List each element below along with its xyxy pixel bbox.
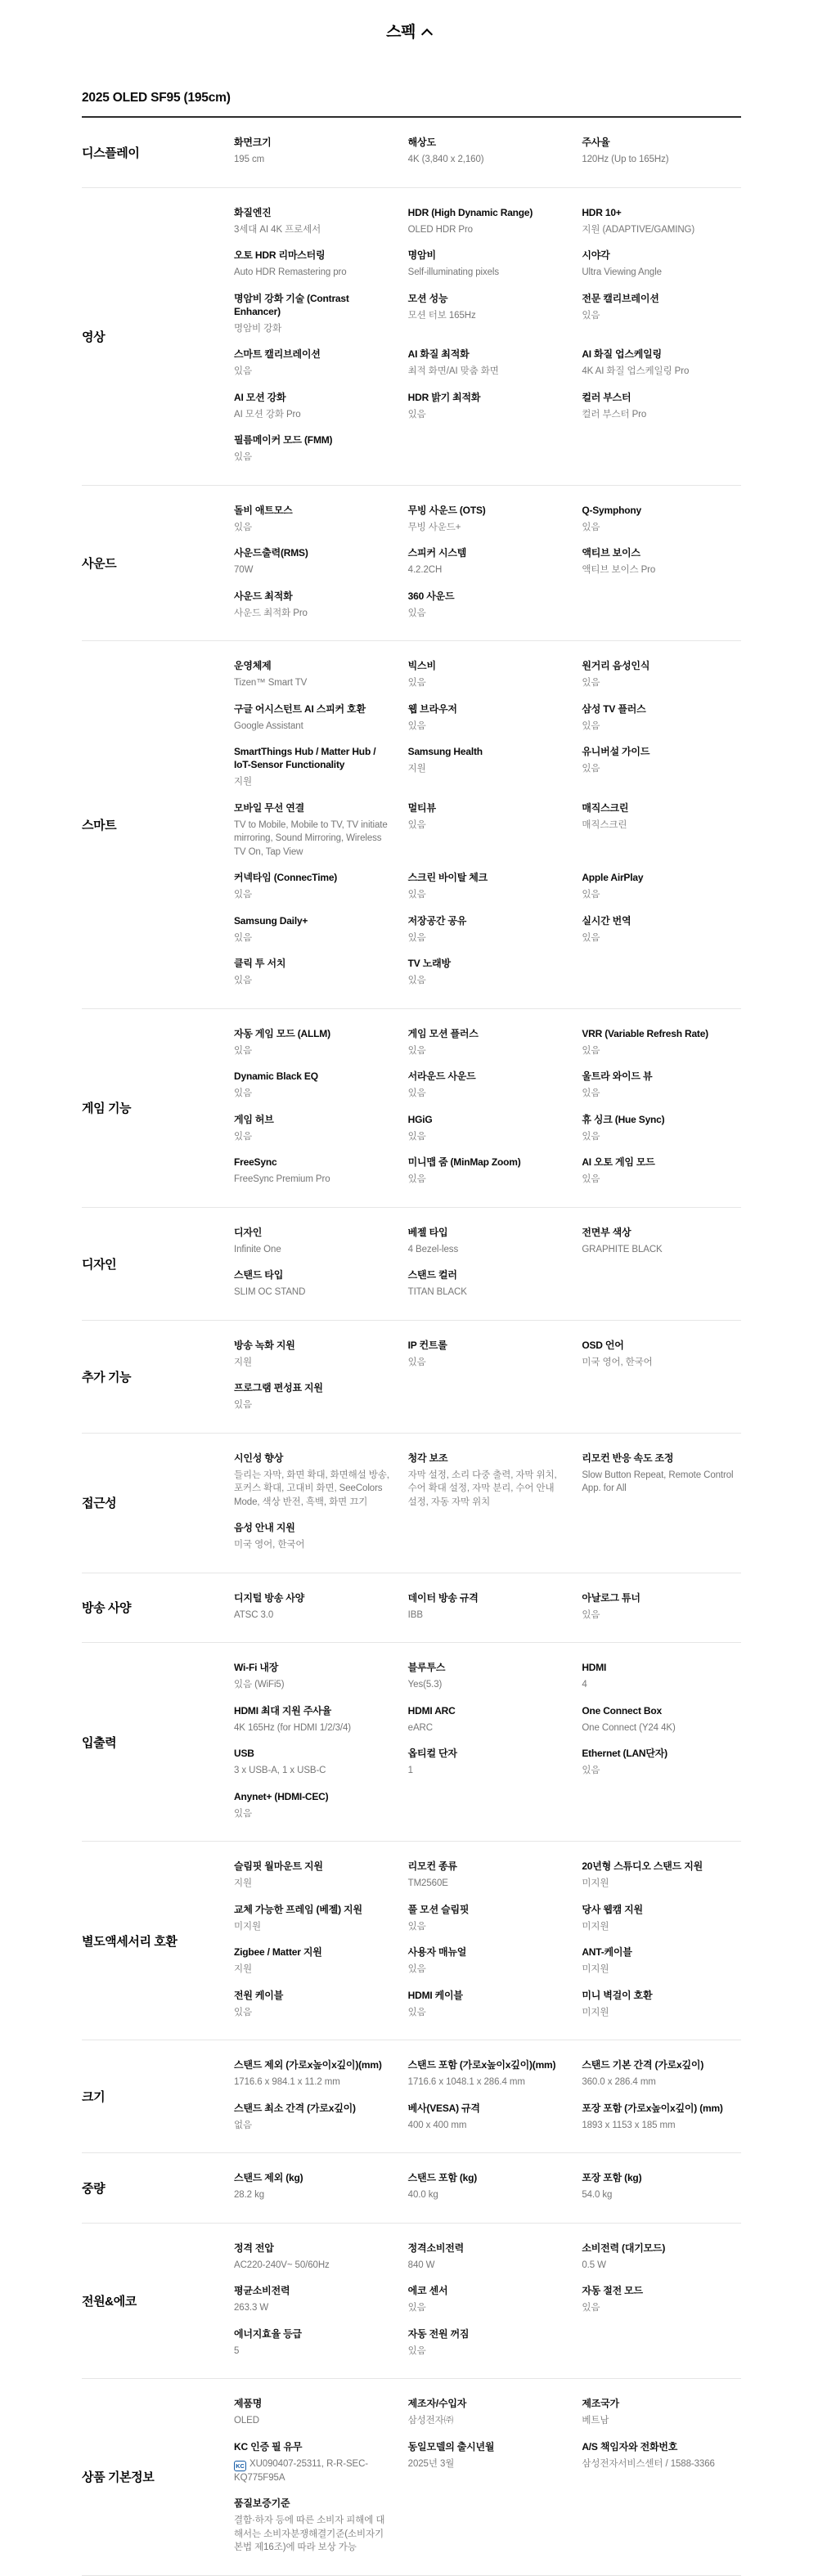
spec-value: 지원 — [408, 762, 564, 776]
spec-cell: 평균소비전력263.3 W — [234, 2284, 393, 2315]
spec-cell: 주사율120Hz (Up to 165Hz) — [582, 136, 741, 167]
spec-value: 있음 — [582, 762, 738, 776]
spec-value: 있음 — [408, 1087, 564, 1101]
spec-label: 디지털 방송 사양 — [234, 1591, 390, 1604]
spec-value: 있음 — [234, 521, 390, 535]
spec-label: 음성 안내 지원 — [234, 1521, 390, 1534]
spec-title: 스펙 — [386, 20, 416, 42]
spec-cell: 방송 녹화 지원지원 — [234, 1339, 393, 1370]
spec-label: 운영체제 — [234, 659, 390, 672]
spec-cell: IP 컨트롤있음 — [408, 1339, 568, 1370]
spec-value: 28.2 kg — [234, 2188, 390, 2202]
spec-value: 있음 — [234, 931, 390, 945]
spec-value: 있음 — [234, 2006, 390, 2020]
spec-section: 방송 사양디지털 방송 사양ATSC 3.0데이터 방송 규격IBB아날로그 튜… — [82, 1573, 741, 1643]
spec-cell: 서라운드 사운드있음 — [408, 1070, 568, 1101]
spec-cell: 클릭 투 서치있음 — [234, 957, 393, 988]
spec-value: 1 — [408, 1764, 564, 1778]
section-label: 추가 기능 — [82, 1368, 234, 1395]
spec-cell: 소비전력 (대기모드)0.5 W — [582, 2242, 741, 2273]
spec-cell: HDMI ARCeARC — [408, 1704, 568, 1735]
spec-cell: 제조국가베트남 — [582, 2397, 741, 2428]
spec-section: 디스플레이화면크기195 cm해상도4K (3,840 x 2,160)주사율1… — [82, 118, 741, 187]
spec-cell: Dynamic Black EQ있음 — [234, 1070, 393, 1101]
spec-label: 스마트 캘리브레이션 — [234, 348, 390, 361]
spec-label: One Connect Box — [582, 1704, 738, 1717]
spec-label: 스탠드 제외 (가로x높이x깊이)(mm) — [234, 2058, 390, 2071]
spec-value: 4K 165Hz (for HDMI 1/2/3/4) — [234, 1721, 390, 1735]
spec-cell: ANT-케이블미지원 — [582, 1945, 741, 1977]
spec-cell: TV 노래방있음 — [408, 957, 568, 988]
spec-label: 정격 전압 — [234, 2242, 390, 2255]
spec-label: 휴 싱크 (Hue Sync) — [582, 1113, 738, 1126]
spec-value: 있음 — [582, 720, 738, 734]
spec-cell: 데이터 방송 규격IBB — [408, 1591, 568, 1622]
section-spec-grid: 제품명OLED제조자/수입자삼성전자㈜제조국가베트남KC 인증 필 유무KCXU… — [234, 2397, 741, 2567]
spec-cell: 당사 웹캠 지원미지원 — [582, 1903, 741, 1934]
spec-cell: VRR (Variable Refresh Rate)있음 — [582, 1027, 741, 1058]
spec-value: 있음 — [408, 1130, 564, 1144]
spec-label: FreeSync — [234, 1156, 390, 1169]
spec-value: 있음 — [234, 451, 390, 464]
spec-value: 삼성전자서비스센터 / 1588-3366 — [582, 2457, 738, 2471]
section-label: 게임 기능 — [82, 1099, 234, 1126]
spec-cell: 유니버설 가이드있음 — [582, 745, 741, 789]
spec-cell: 블루투스Yes(5.3) — [408, 1661, 568, 1692]
spec-cell: FreeSyncFreeSync Premium Pro — [234, 1156, 393, 1187]
spec-label: 모션 성능 — [408, 292, 564, 305]
spec-cell: 사용자 매뉴얼있음 — [408, 1945, 568, 1977]
spec-value: 있음 — [408, 931, 564, 945]
spec-value: 있음 — [408, 1044, 564, 1058]
spec-accordion-header: 스펙 — [0, 0, 818, 42]
spec-cell: SmartThings Hub / Matter Hub / IoT-Senso… — [234, 745, 393, 789]
spec-cell: 20년형 스튜디오 스탠드 지원미지원 — [582, 1860, 741, 1891]
spec-value: Google Assistant — [234, 720, 390, 734]
spec-label: 필름메이커 모드 (FMM) — [234, 433, 390, 447]
spec-label: 풀 모션 슬림핏 — [408, 1903, 564, 1916]
spec-cell: 스탠드 제외 (kg)28.2 kg — [234, 2171, 393, 2202]
section-label: 중량 — [82, 2179, 234, 2206]
spec-value: 모션 터보 165Hz — [408, 309, 564, 323]
spec-cell: HDMI 케이블있음 — [408, 1989, 568, 2020]
spec-label: 프로그램 편성표 지원 — [234, 1381, 390, 1394]
spec-cell: 컬러 부스터컬러 부스터 Pro — [582, 391, 741, 422]
section-spec-grid: 화질엔진3세대 AI 4K 프로세서HDR (High Dynamic Rang… — [234, 206, 741, 477]
spec-value: 4 Bezel-less — [408, 1243, 564, 1257]
spec-cell: 스탠드 제외 (가로x높이x깊이)(mm)1716.6 x 984.1 x 11… — [234, 2058, 393, 2089]
spec-value: 40.0 kg — [408, 2188, 564, 2202]
spec-cell: 모바일 무선 연결TV to Mobile, Mobile to TV, TV … — [234, 801, 393, 859]
spec-label: 데이터 방송 규격 — [408, 1591, 564, 1604]
spec-cell: 에코 센서있음 — [408, 2284, 568, 2315]
spec-value: 미지원 — [582, 2006, 738, 2020]
spec-cell: AI 모션 강화AI 모션 강화 Pro — [234, 391, 393, 422]
spec-label: 당사 웹캠 지원 — [582, 1903, 738, 1916]
spec-value: Slow Button Repeat, Remote Control App. … — [582, 1469, 738, 1496]
spec-cell: 화질엔진3세대 AI 4K 프로세서 — [234, 206, 393, 237]
spec-value: 0.5 W — [582, 2259, 738, 2273]
section-spec-grid: 디지털 방송 사양ATSC 3.0데이터 방송 규격IBB아날로그 튜너있음 — [234, 1591, 741, 1635]
spec-section: 중량스탠드 제외 (kg)28.2 kg스탠드 포함 (kg)40.0 kg포장… — [82, 2152, 741, 2223]
spec-label: AI 모션 강화 — [234, 391, 390, 404]
spec-value: 있음 — [582, 676, 738, 690]
spec-label: 모바일 무선 연결 — [234, 801, 390, 815]
spec-value: 있음 — [234, 365, 390, 379]
spec-label: 사운드출력(RMS) — [234, 546, 390, 559]
spec-value: OLED — [234, 2414, 390, 2428]
spec-cell: 모션 성능모션 터보 165Hz — [408, 292, 568, 336]
spec-value: 있음 — [582, 1173, 738, 1187]
spec-cell: 스탠드 포함 (가로x높이x깊이)(mm)1716.6 x 1048.1 x 2… — [408, 2058, 568, 2089]
spec-label: 자동 절전 모드 — [582, 2284, 738, 2297]
spec-value: 있음 — [408, 888, 564, 902]
spec-table: 디스플레이화면크기195 cm해상도4K (3,840 x 2,160)주사율1… — [82, 116, 741, 2576]
spec-label: AI 화질 업스케일링 — [582, 348, 738, 361]
spec-cell: 스피커 시스템4.2.2CH — [408, 546, 568, 577]
spec-value: 지원 — [234, 775, 390, 789]
spec-cell: HDMI4 — [582, 1661, 741, 1692]
spec-label: 게임 모션 플러스 — [408, 1027, 564, 1040]
spec-label: Samsung Health — [408, 745, 564, 758]
spec-value: 있음 — [234, 1130, 390, 1144]
spec-section: 접근성시인성 향상들리는 자막, 화면 확대, 화면해설 방송, 포커스 확대,… — [82, 1433, 741, 1573]
spec-cell: 전원 케이블있음 — [234, 1989, 393, 2020]
spec-cell: 정격소비전력840 W — [408, 2242, 568, 2273]
spec-label: 전문 캘리브레이션 — [582, 292, 738, 305]
spec-label: 슬림핏 월마운트 지원 — [234, 1860, 390, 1873]
spec-label: 동일모델의 출시년월 — [408, 2440, 564, 2453]
spec-value: 있음 — [408, 607, 564, 621]
spec-label: 돌비 애트모스 — [234, 504, 390, 517]
spec-label: HGiG — [408, 1113, 564, 1126]
spec-value: 4 — [582, 1678, 738, 1692]
spec-label: 저장공간 공유 — [408, 914, 564, 927]
spec-value: IBB — [408, 1609, 564, 1622]
section-label: 영상 — [82, 328, 234, 355]
spec-value: Tizen™ Smart TV — [234, 676, 390, 690]
spec-value: 840 W — [408, 2259, 564, 2273]
spec-cell: 울트라 와이드 뷰있음 — [582, 1070, 741, 1101]
spec-cell: 미니 벽걸이 호환미지원 — [582, 1989, 741, 2020]
spec-value: 있음 — [582, 309, 738, 323]
spec-label: Dynamic Black EQ — [234, 1070, 390, 1083]
spec-cell: 음성 안내 지원미국 영어, 한국어 — [234, 1521, 393, 1552]
spec-cell: 저장공간 공유있음 — [408, 914, 568, 945]
spec-label: 명암비 — [408, 249, 564, 262]
spec-value: 있음 — [582, 888, 738, 902]
spec-label: Ethernet (LAN단자) — [582, 1747, 738, 1760]
spec-label: Apple AirPlay — [582, 871, 738, 884]
spec-value: 있음 — [234, 1044, 390, 1058]
spec-cell: 옵티컬 단자1 — [408, 1747, 568, 1778]
spec-value: ATSC 3.0 — [234, 1609, 390, 1622]
spec-label: AI 오토 게임 모드 — [582, 1156, 738, 1169]
spec-cell: 교체 가능한 프레임 (베젤) 지원미지원 — [234, 1903, 393, 1934]
spec-label: 평균소비전력 — [234, 2284, 390, 2297]
spec-cell: 필름메이커 모드 (FMM)있음 — [234, 433, 393, 464]
spec-cell: A/S 책임자와 전화번호삼성전자서비스센터 / 1588-3366 — [582, 2440, 741, 2485]
spec-label: 해상도 — [408, 136, 564, 149]
spec-label: 컬러 부스터 — [582, 391, 738, 404]
spec-value: 삼성전자㈜ — [408, 2414, 564, 2428]
spec-label: 스크린 바이탈 체크 — [408, 871, 564, 884]
spec-value: 있음 — [408, 408, 564, 422]
spec-value: TITAN BLACK — [408, 1286, 564, 1299]
spec-label: 미니 벽걸이 호환 — [582, 1989, 738, 2002]
spec-value: 자막 설정, 소리 다중 출력, 자막 위치, 수어 확대 설정, 자막 분리,… — [408, 1469, 564, 1510]
spec-value: 사운드 최적화 Pro — [234, 607, 390, 621]
spec-cell: 자동 절전 모드있음 — [582, 2284, 741, 2315]
spec-cell: Ethernet (LAN단자)있음 — [582, 1747, 741, 1778]
spec-label: 울트라 와이드 뷰 — [582, 1070, 738, 1083]
spec-section: 게임 기능자동 게임 모드 (ALLM)있음게임 모션 플러스있음VRR (Va… — [82, 1008, 741, 1207]
spec-value: 4.2.2CH — [408, 563, 564, 577]
spec-value: Ultra Viewing Angle — [582, 266, 738, 280]
spec-value: 컬러 부스터 Pro — [582, 408, 738, 422]
spec-value: 미국 영어, 한국어 — [234, 1538, 390, 1552]
spec-cell: 아날로그 튜너있음 — [582, 1591, 741, 1622]
spec-cell: AI 오토 게임 모드있음 — [582, 1156, 741, 1187]
spec-label: 청각 보조 — [408, 1452, 564, 1465]
spec-cell: USB3 x USB-A, 1 x USB-C — [234, 1747, 393, 1778]
section-spec-grid: 디자인Infinite One베젤 타입4 Bezel-less전면부 색상GR… — [234, 1226, 741, 1312]
spec-cell: 정격 전압AC220-240V~ 50/60Hz — [234, 2242, 393, 2273]
spec-label: 포장 포함 (kg) — [582, 2171, 738, 2184]
section-label: 크기 — [82, 2088, 234, 2115]
spec-label: 정격소비전력 — [408, 2242, 564, 2255]
spec-value: 54.0 kg — [582, 2188, 738, 2202]
spec-cell: AI 화질 업스케일링4K AI 화질 업스케일링 Pro — [582, 348, 741, 379]
spec-label: 소비전력 (대기모드) — [582, 2242, 738, 2255]
spec-cell: 자동 게임 모드 (ALLM)있음 — [234, 1027, 393, 1058]
spec-value: 있음 — [408, 2301, 564, 2315]
spec-value: 70W — [234, 563, 390, 577]
spec-section: 사운드돌비 애트모스있음무빙 사운드 (OTS)무빙 사운드+Q-Symphon… — [82, 485, 741, 641]
spec-label: 스탠드 최소 간격 (가로x깊이) — [234, 2102, 390, 2115]
spec-label: 화면크기 — [234, 136, 390, 149]
section-spec-grid: 돌비 애트모스있음무빙 사운드 (OTS)무빙 사운드+Q-Symphony있음… — [234, 504, 741, 633]
spec-cell: 스크린 바이탈 체크있음 — [408, 871, 568, 902]
spec-label: AI 화질 최적화 — [408, 348, 564, 361]
spec-cell: 360 사운드있음 — [408, 590, 568, 621]
spec-section: 크기스탠드 제외 (가로x높이x깊이)(mm)1716.6 x 984.1 x … — [82, 2040, 741, 2152]
spec-label: 품질보증기준 — [234, 2497, 390, 2510]
spec-label: 유니버설 가이드 — [582, 745, 738, 758]
spec-cell: 리모컨 종류TM2560E — [408, 1860, 568, 1891]
spec-label: Wi-Fi 내장 — [234, 1661, 390, 1674]
spec-value: 있음 — [582, 1609, 738, 1622]
spec-value: 있음 — [582, 931, 738, 945]
spec-label: 리모컨 반응 속도 조정 — [582, 1452, 738, 1465]
spec-label: 자동 전원 꺼짐 — [408, 2327, 564, 2340]
spec-value: 있음 — [408, 819, 564, 832]
spec-section: 상품 기본정보제품명OLED제조자/수입자삼성전자㈜제조국가베트남KC 인증 필… — [82, 2378, 741, 2575]
spec-value: 195 cm — [234, 153, 390, 167]
spec-cell: 무빙 사운드 (OTS)무빙 사운드+ — [408, 504, 568, 535]
spec-label: TV 노래방 — [408, 957, 564, 970]
spec-label: 스탠드 타입 — [234, 1268, 390, 1281]
spec-value: TM2560E — [408, 1877, 564, 1891]
spec-cell: 디자인Infinite One — [234, 1226, 393, 1257]
spec-value: 베트남 — [582, 2414, 738, 2428]
chevron-up-icon — [423, 29, 432, 38]
spec-cell: 스탠드 컬러TITAN BLACK — [408, 1268, 568, 1299]
spec-label: HDMI 최대 지원 주사율 — [234, 1704, 390, 1717]
spec-label: 무빙 사운드 (OTS) — [408, 504, 564, 517]
section-label: 별도액세서리 호환 — [82, 1932, 234, 1959]
section-label: 접근성 — [82, 1494, 234, 1521]
section-label: 디스플레이 — [82, 144, 234, 171]
spec-value: 있음 — [408, 720, 564, 734]
spec-label: 자동 게임 모드 (ALLM) — [234, 1027, 390, 1040]
spec-value: 1716.6 x 984.1 x 11.2 mm — [234, 2076, 390, 2089]
spec-label: 구글 어시스턴트 AI 스피커 호환 — [234, 702, 390, 716]
spec-value: 있음 — [408, 2345, 564, 2358]
spec-label: 실시간 번역 — [582, 914, 738, 927]
spec-value: 들리는 자막, 화면 확대, 화면해설 방송, 포커스 확대, 고대비 화면, … — [234, 1469, 390, 1510]
spec-cell: 디지털 방송 사양ATSC 3.0 — [234, 1591, 393, 1622]
spec-cell: 해상도4K (3,840 x 2,160) — [408, 136, 568, 167]
spec-section: 스마트운영체제Tizen™ Smart TV빅스비있음원거리 음성인식있음구글 … — [82, 640, 741, 1008]
spec-value: 4K (3,840 x 2,160) — [408, 153, 564, 167]
spec-label: Samsung Daily+ — [234, 914, 390, 927]
spec-value: 3 x USB-A, 1 x USB-C — [234, 1764, 390, 1778]
spec-cell: 휴 싱크 (Hue Sync)있음 — [582, 1113, 741, 1144]
spec-section: 추가 기능방송 녹화 지원지원IP 컨트롤있음OSD 언어미국 영어, 한국어프… — [82, 1320, 741, 1433]
spec-cell: Q-Symphony있음 — [582, 504, 741, 535]
spec-value: Auto HDR Remastering pro — [234, 266, 390, 280]
spec-label: 스피커 시스템 — [408, 546, 564, 559]
spec-cell: 액티브 보이스액티브 보이스 Pro — [582, 546, 741, 577]
spec-cell: 스탠드 타입SLIM OC STAND — [234, 1268, 393, 1299]
spec-value: 미지원 — [582, 1920, 738, 1934]
spec-value: Infinite One — [234, 1243, 390, 1257]
spec-label: ANT-케이블 — [582, 1945, 738, 1959]
spec-value: 있음 — [408, 1356, 564, 1370]
spec-label: 주사율 — [582, 136, 738, 149]
spec-value: 매직스크린 — [582, 819, 738, 832]
spec-label: 교체 가능한 프레임 (베젤) 지원 — [234, 1903, 390, 1916]
spec-label: 커넥타임 (ConnecTime) — [234, 871, 390, 884]
spec-cell: HGiG있음 — [408, 1113, 568, 1144]
spec-label: 스탠드 컬러 — [408, 1268, 564, 1281]
spec-cell: Apple AirPlay있음 — [582, 871, 741, 902]
spec-cell: 풀 모션 슬림핏있음 — [408, 1903, 568, 1934]
spec-value: OLED HDR Pro — [408, 223, 564, 237]
spec-cell: 사운드출력(RMS)70W — [234, 546, 393, 577]
spec-label: 아날로그 튜너 — [582, 1591, 738, 1604]
spec-value: 5 — [234, 2345, 390, 2358]
spec-cell: HDR 밝기 최적화있음 — [408, 391, 568, 422]
spec-label: 제조국가 — [582, 2397, 738, 2410]
spec-cell: 게임 허브있음 — [234, 1113, 393, 1144]
spec-value: 360.0 x 286.4 mm — [582, 2076, 738, 2089]
spec-value: SLIM OC STAND — [234, 1286, 390, 1299]
spec-value: FreeSync Premium Pro — [234, 1173, 390, 1187]
spec-value: 1893 x 1153 x 185 mm — [582, 2119, 738, 2133]
section-label: 사운드 — [82, 554, 234, 581]
spec-value: 3세대 AI 4K 프로세서 — [234, 223, 390, 237]
spec-cell: 돌비 애트모스있음 — [234, 504, 393, 535]
spec-cell: 명암비 강화 기술 (Contrast Enhancer)명암비 강화 — [234, 292, 393, 336]
spec-cell: Samsung Health지원 — [408, 745, 568, 789]
spec-value: TV to Mobile, Mobile to TV, TV initiate … — [234, 819, 390, 859]
spec-label: A/S 책임자와 전화번호 — [582, 2440, 738, 2453]
spec-cell: 미니맵 줌 (MinMap Zoom)있음 — [408, 1156, 568, 1187]
section-spec-grid: 스탠드 제외 (가로x높이x깊이)(mm)1716.6 x 984.1 x 11… — [234, 2058, 741, 2144]
section-spec-grid: 운영체제Tizen™ Smart TV빅스비있음원거리 음성인식있음구글 어시스… — [234, 659, 741, 1000]
spec-cell: 슬림핏 월마운트 지원지원 — [234, 1860, 393, 1891]
spec-label: 시인성 향상 — [234, 1452, 390, 1465]
spec-value: 지원 (ADAPTIVE/GAMING) — [582, 223, 738, 237]
spec-section: 입출력Wi-Fi 내장있음 (WiFi5)블루투스Yes(5.3)HDMI4HD… — [82, 1642, 741, 1841]
spec-value: 있음 — [234, 888, 390, 902]
spec-value: 지원 — [234, 1963, 390, 1977]
spec-value: KCXU090407-25311, R-R-SEC-KQ775F95A — [234, 2457, 390, 2485]
spec-label: Q-Symphony — [582, 504, 738, 517]
spec-cell: 프로그램 편성표 지원있음 — [234, 1381, 393, 1412]
spec-cell: 스탠드 최소 간격 (가로x깊이)없음 — [234, 2102, 393, 2133]
section-spec-grid: 자동 게임 모드 (ALLM)있음게임 모션 플러스있음VRR (Variabl… — [234, 1027, 741, 1199]
section-spec-grid: 정격 전압AC220-240V~ 50/60Hz정격소비전력840 W소비전력 … — [234, 2242, 741, 2371]
spec-cell: 삼성 TV 플러스있음 — [582, 702, 741, 734]
spec-label: 오토 HDR 리마스터링 — [234, 249, 390, 262]
spec-cell: 포장 포함 (kg)54.0 kg — [582, 2171, 741, 2202]
spec-label: Zigbee / Matter 지원 — [234, 1945, 390, 1959]
spec-label: 액티브 보이스 — [582, 546, 738, 559]
spec-label: HDMI ARC — [408, 1704, 564, 1717]
spec-label: 멀티뷰 — [408, 801, 564, 815]
spec-cell: HDR 10+지원 (ADAPTIVE/GAMING) — [582, 206, 741, 237]
spec-label: 에너지효율 등급 — [234, 2327, 390, 2340]
spec-label: HDMI — [582, 1661, 738, 1674]
spec-cell: 스마트 캘리브레이션있음 — [234, 348, 393, 379]
section-label: 전원&에코 — [82, 2292, 234, 2319]
spec-value: 액티브 보이스 Pro — [582, 563, 738, 577]
spec-label: 제품명 — [234, 2397, 390, 2410]
spec-label: 포장 포함 (가로x높이x깊이) (mm) — [582, 2102, 738, 2115]
spec-label: 매직스크린 — [582, 801, 738, 815]
spec-value: 미지원 — [582, 1877, 738, 1891]
spec-accordion-toggle[interactable]: 스펙 — [386, 20, 432, 42]
spec-cell: 운영체제Tizen™ Smart TV — [234, 659, 393, 690]
spec-value: 지원 — [234, 1356, 390, 1370]
spec-cell: 품질보증기준결함·하자 등에 따른 소비자 피해에 대해서는 소비자분쟁해결기준… — [234, 2497, 393, 2555]
spec-value: Yes(5.3) — [408, 1678, 564, 1692]
spec-section: 별도액세서리 호환슬림핏 월마운트 지원지원리모컨 종류TM2560E20년형 … — [82, 1841, 741, 2040]
spec-cell: 청각 보조자막 설정, 소리 다중 출력, 자막 위치, 수어 확대 설정, 자… — [408, 1452, 568, 1510]
spec-cell: 화면크기195 cm — [234, 136, 393, 167]
spec-label: Anynet+ (HDMI-CEC) — [234, 1790, 390, 1803]
spec-label: USB — [234, 1747, 390, 1760]
spec-label: 리모컨 종류 — [408, 1860, 564, 1873]
spec-label: 베젤 타입 — [408, 1226, 564, 1239]
spec-label: 방송 녹화 지원 — [234, 1339, 390, 1352]
spec-cell: Anynet+ (HDMI-CEC)있음 — [234, 1790, 393, 1821]
spec-cell: HDMI 최대 지원 주사율4K 165Hz (for HDMI 1/2/3/4… — [234, 1704, 393, 1735]
spec-value: 있음 — [234, 1398, 390, 1412]
spec-cell: One Connect BoxOne Connect (Y24 4K) — [582, 1704, 741, 1735]
spec-value-text: XU090407-25311, R-R-SEC-KQ775F95A — [234, 2459, 368, 2483]
spec-cell: 에너지효율 등급5 — [234, 2327, 393, 2358]
spec-label: 전원 케이블 — [234, 1989, 390, 2002]
spec-cell: 시인성 향상들리는 자막, 화면 확대, 화면해설 방송, 포커스 확대, 고대… — [234, 1452, 393, 1510]
spec-label: 클릭 투 서치 — [234, 957, 390, 970]
spec-value: 미국 영어, 한국어 — [582, 1356, 738, 1370]
spec-cell: 게임 모션 플러스있음 — [408, 1027, 568, 1058]
spec-cell: 베젤 타입4 Bezel-less — [408, 1226, 568, 1257]
